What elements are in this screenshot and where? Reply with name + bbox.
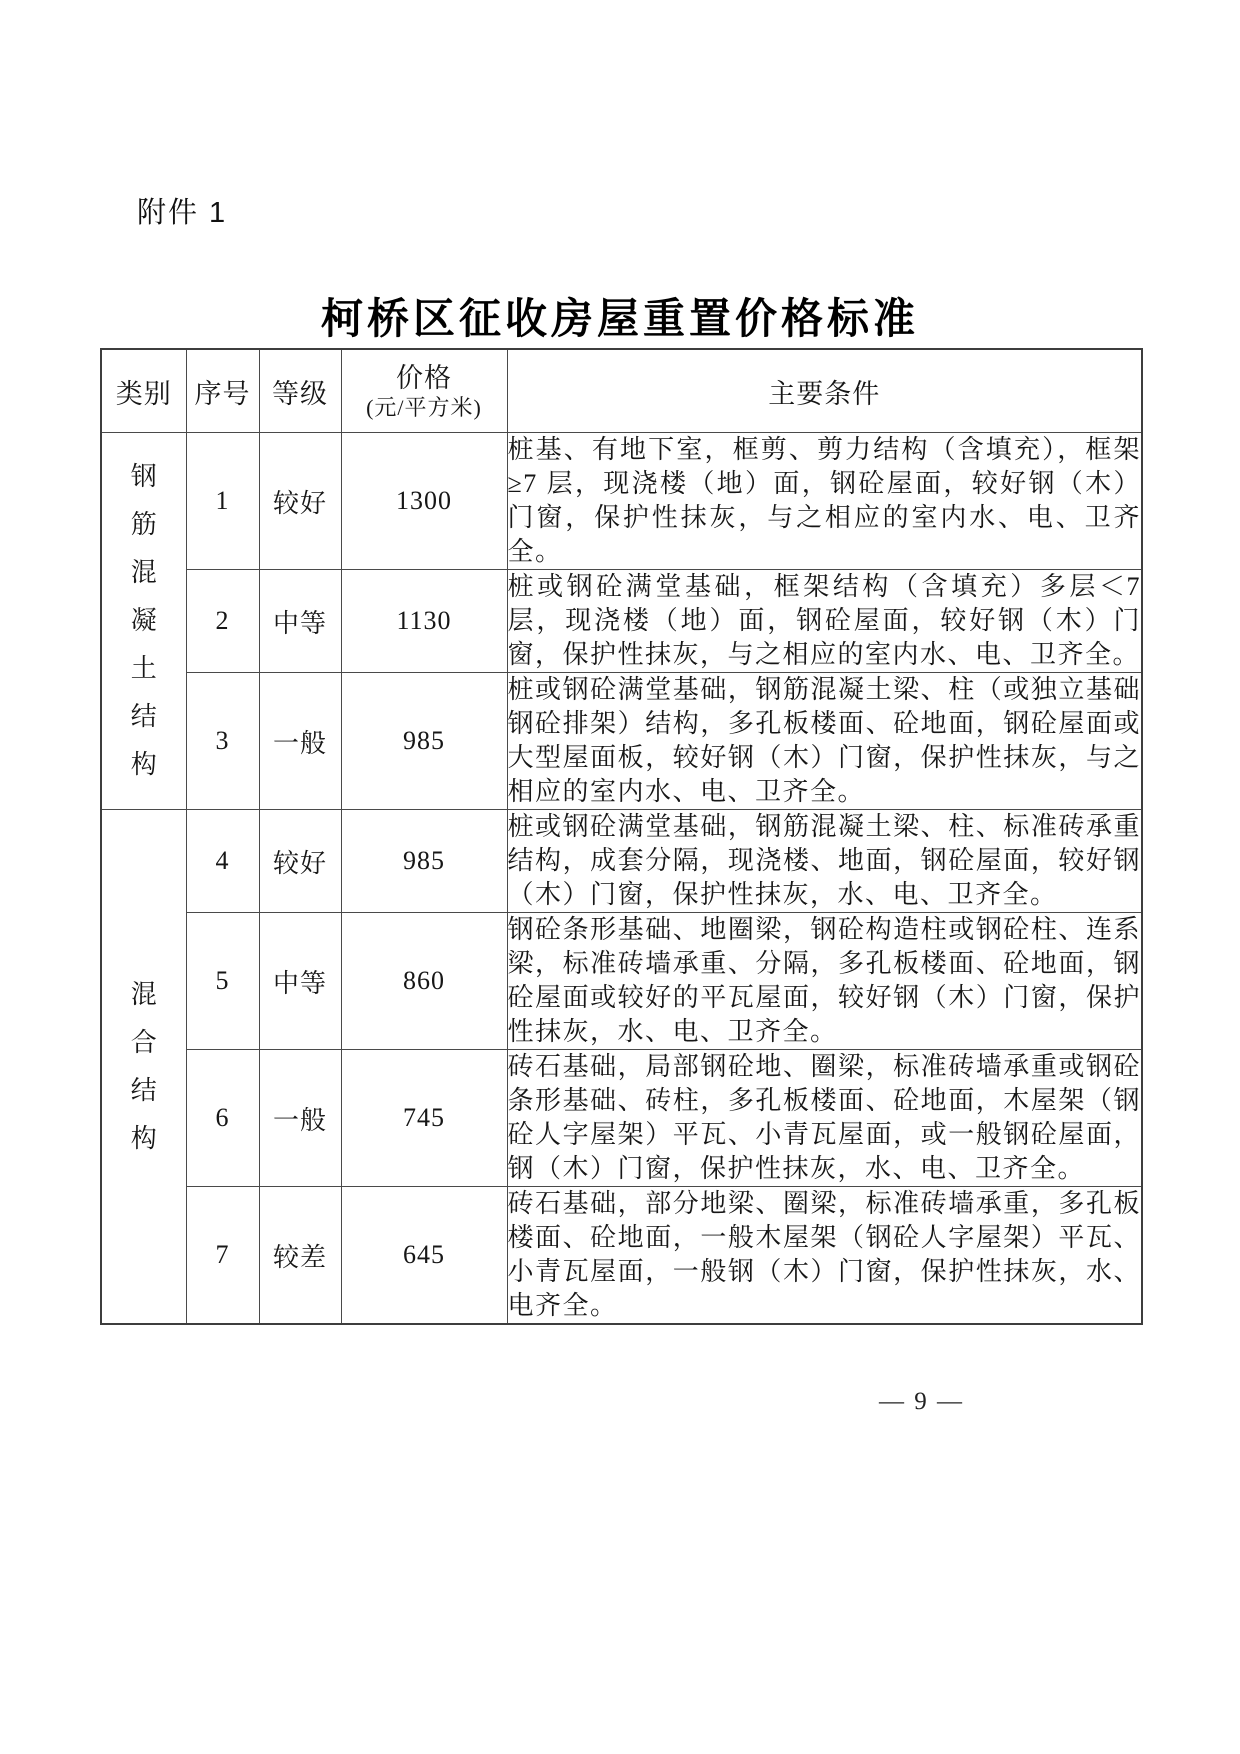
- table-row: 混合结构 4 较好 985 桩或钢砼满堂基础，钢筋混凝土梁、柱、标准砖承重结构，…: [101, 810, 1142, 913]
- price-cell: 1300: [341, 433, 507, 570]
- table-row: 2 中等 1130 桩或钢砼满堂基础，框架结构（含填充）多层＜7 层，现浇楼（地…: [101, 570, 1142, 673]
- seq-cell: 3: [186, 673, 259, 810]
- category-group-mixed-structure: 混合结构 4 较好 985 桩或钢砼满堂基础，钢筋混凝土梁、柱、标准砖承重结构，…: [101, 810, 1142, 1325]
- header-seq: 序号: [186, 349, 259, 433]
- table-row: 7 较差 645 砖石基础，部分地梁、圈梁，标准砖墙承重，多孔板楼面、砼地面，一…: [101, 1187, 1142, 1325]
- price-cell: 745: [341, 1050, 507, 1187]
- header-grade: 等级: [259, 349, 341, 433]
- seq-cell: 4: [186, 810, 259, 913]
- category-cell: 钢筋混凝土结构: [101, 433, 186, 810]
- category-cell: 混合结构: [101, 810, 186, 1325]
- page-number: — 9 —: [879, 1388, 964, 1416]
- grade-cell: 较好: [259, 433, 341, 570]
- price-cell: 1130: [341, 570, 507, 673]
- table-row: 5 中等 860 钢砼条形基础、地圈梁，钢砼构造柱或钢砼柱、连系梁，标准砖墙承重…: [101, 913, 1142, 1050]
- category-label: 混合结构: [130, 971, 157, 1163]
- header-row: 类别 序号 等级 价格 (元/平方米) 主要条件: [101, 349, 1142, 433]
- conditions-cell: 桩基、有地下室，框剪、剪力结构（含填充），框架≥7 层，现浇楼（地）面，钢砼屋面…: [507, 433, 1142, 570]
- seq-cell: 1: [186, 433, 259, 570]
- document-page: 附件 1 柯桥区征收房屋重置价格标准 类别 序号 等级 价格 (元/平方米) 主…: [0, 0, 1240, 1754]
- header-price: 价格 (元/平方米): [341, 349, 507, 433]
- header-price-label: 价格: [342, 362, 507, 395]
- conditions-cell: 桩或钢砼满堂基础，框架结构（含填充）多层＜7 层，现浇楼（地）面，钢砼屋面，较好…: [507, 570, 1142, 673]
- page-title: 柯桥区征收房屋重置价格标准: [0, 286, 1240, 346]
- conditions-cell: 钢砼条形基础、地圈梁，钢砼构造柱或钢砼柱、连系梁，标准砖墙承重、分隔，多孔板楼面…: [507, 913, 1142, 1050]
- conditions-cell: 砖石基础，部分地梁、圈梁，标准砖墙承重，多孔板楼面、砼地面，一般木屋架（钢砼人字…: [507, 1187, 1142, 1325]
- attachment-label: 附件 1: [137, 190, 227, 231]
- grade-cell: 较好: [259, 810, 341, 913]
- seq-cell: 6: [186, 1050, 259, 1187]
- grade-cell: 较差: [259, 1187, 341, 1325]
- header-category: 类别: [101, 349, 186, 433]
- price-cell: 985: [341, 810, 507, 913]
- seq-cell: 5: [186, 913, 259, 1050]
- table-row: 钢筋混凝土结构 1 较好 1300 桩基、有地下室，框剪、剪力结构（含填充），框…: [101, 433, 1142, 570]
- conditions-cell: 桩或钢砼满堂基础，钢筋混凝土梁、柱（或独立基础钢砼排架）结构，多孔板楼面、砼地面…: [507, 673, 1142, 810]
- header-conditions: 主要条件: [507, 349, 1142, 433]
- price-cell: 985: [341, 673, 507, 810]
- price-cell: 645: [341, 1187, 507, 1325]
- seq-cell: 7: [186, 1187, 259, 1325]
- price-standard-table: 类别 序号 等级 价格 (元/平方米) 主要条件 钢筋混凝土结构 1 较好 13…: [100, 348, 1143, 1325]
- seq-cell: 2: [186, 570, 259, 673]
- grade-cell: 中等: [259, 570, 341, 673]
- price-cell: 860: [341, 913, 507, 1050]
- table-header: 类别 序号 等级 价格 (元/平方米) 主要条件: [101, 349, 1142, 433]
- table-row: 6 一般 745 砖石基础，局部钢砼地、圈梁，标准砖墙承重或钢砼条形基础、砖柱，…: [101, 1050, 1142, 1187]
- table-row: 3 一般 985 桩或钢砼满堂基础，钢筋混凝土梁、柱（或独立基础钢砼排架）结构，…: [101, 673, 1142, 810]
- grade-cell: 中等: [259, 913, 341, 1050]
- grade-cell: 一般: [259, 673, 341, 810]
- conditions-cell: 砖石基础，局部钢砼地、圈梁，标准砖墙承重或钢砼条形基础、砖柱，多孔板楼面、砼地面…: [507, 1050, 1142, 1187]
- grade-cell: 一般: [259, 1050, 341, 1187]
- header-price-unit: (元/平方米): [342, 395, 507, 421]
- conditions-cell: 桩或钢砼满堂基础，钢筋混凝土梁、柱、标准砖承重结构，成套分隔，现浇楼、地面，钢砼…: [507, 810, 1142, 913]
- category-group-reinforced-concrete: 钢筋混凝土结构 1 较好 1300 桩基、有地下室，框剪、剪力结构（含填充），框…: [101, 433, 1142, 810]
- category-label: 钢筋混凝土结构: [130, 453, 157, 789]
